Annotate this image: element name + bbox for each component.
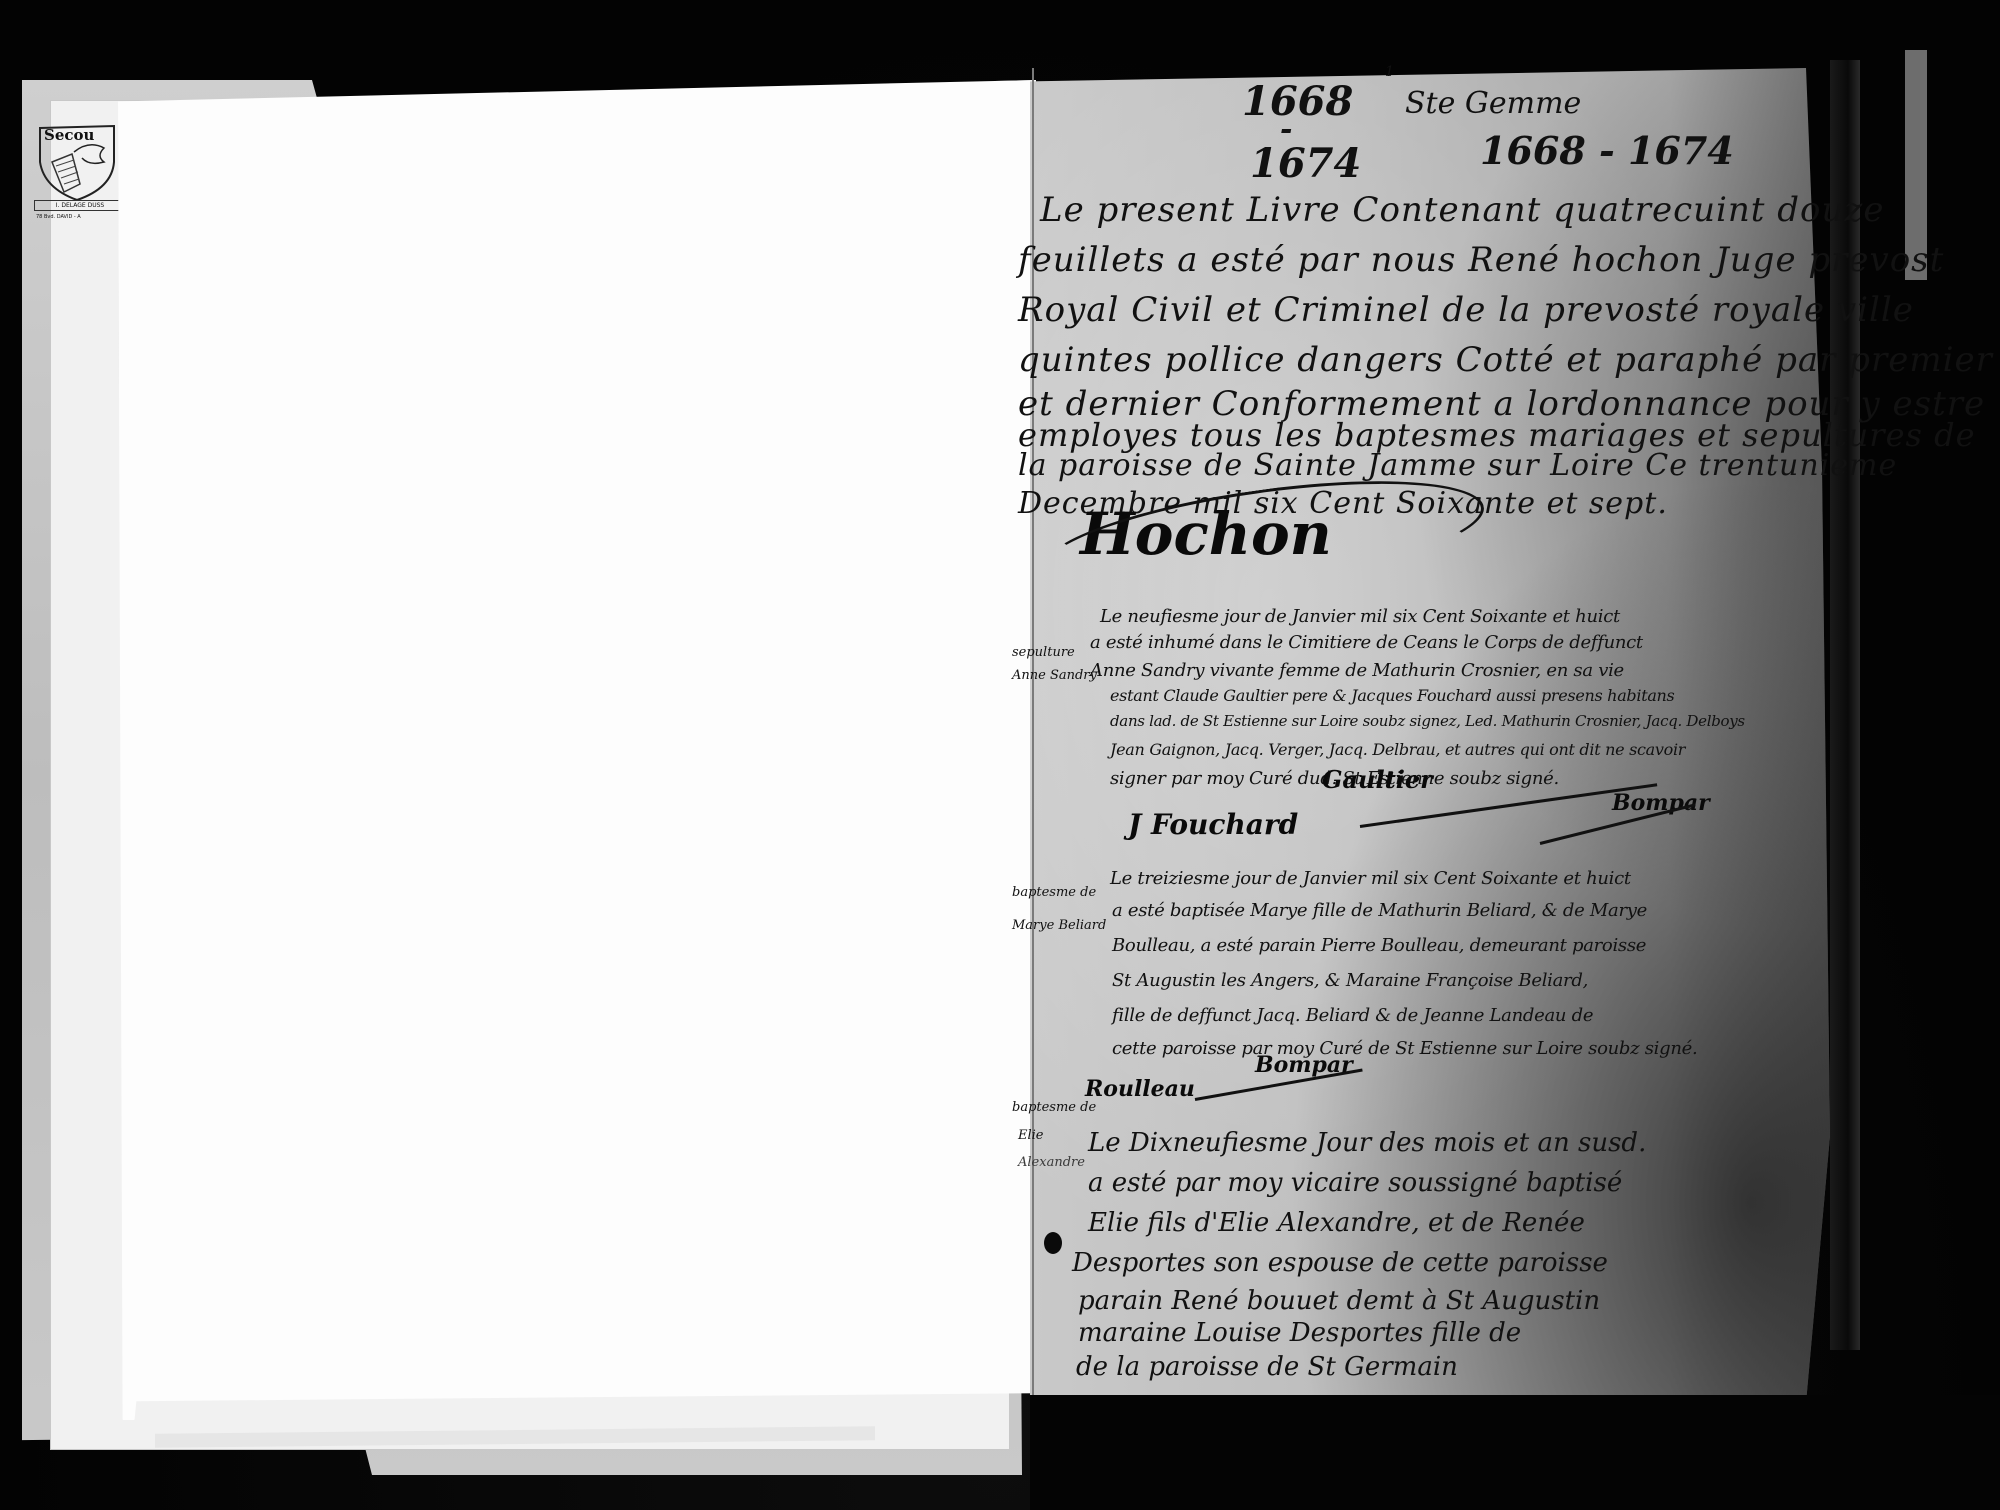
entry-line: St Augustin les Angers, & Maraine Franço… (1112, 970, 1588, 991)
binding-hole (1044, 1232, 1062, 1254)
preamble-line: Royal Civil et Criminel de la prevosté r… (1018, 290, 1914, 330)
margin-note: Anne Sandry (1012, 668, 1097, 683)
preamble-line: la paroisse de Sainte Jamme sur Loire Ce… (1018, 448, 1897, 483)
entry-line: Elie fils d'Elie Alexandre, et de Renée (1088, 1208, 1585, 1238)
margin-note: baptesme de (1012, 885, 1096, 900)
stamp-title: Secou (44, 126, 94, 144)
blank-insert-sheet (118, 80, 1036, 1420)
parish-label: Ste Gemme (1405, 86, 1581, 121)
signature: J Fouchard (1128, 808, 1298, 841)
signature: Gaultier (1322, 765, 1433, 794)
year-start: 1668 (1242, 78, 1353, 125)
preamble-line: quintes pollice dangers Cotté et paraphé… (1018, 340, 1993, 380)
entry-line: maraine Louise Desportes fille de (1078, 1318, 1521, 1348)
margin-note: Marye Beliard (1012, 918, 1106, 933)
entry-line: fille de deffunct Jacq. Beliard & de Jea… (1112, 1005, 1593, 1026)
entry-line: Boulleau, a esté parain Pierre Boulleau,… (1112, 935, 1646, 956)
entry-line: de la paroisse de St Germain (1076, 1352, 1458, 1382)
entry-line: Anne Sandry vivante femme de Mathurin Cr… (1090, 660, 1624, 681)
margin-note: sepulture (1012, 645, 1075, 660)
preamble-line: Le present Livre Contenant quatrecuint d… (1040, 190, 1884, 230)
folio-mark: 1 (1385, 64, 1394, 80)
margin-note: Alexandre (1018, 1155, 1085, 1170)
year-range-inline: 1668 - 1674 (1480, 128, 1734, 173)
entry-line: dans lad. de St Estienne sur Loire soubz… (1110, 712, 1745, 730)
year-end: 1674 (1250, 140, 1361, 187)
entry-line: a esté inhumé dans le Cimitiere de Ceans… (1090, 632, 1643, 653)
entry-line: cette paroisse par moy Curé de St Estien… (1112, 1038, 1697, 1059)
entry-line: Le neufiesme jour de Janvier mil six Cen… (1100, 606, 1620, 627)
preamble-line: feuillets a esté par nous René hochon Ju… (1018, 240, 1944, 280)
entry-line: parain René bouuet demt à St Augustin (1078, 1286, 1600, 1316)
stamp-subtitle: 78 Bvd. DAVID - A (36, 214, 81, 220)
entry-line: estant Claude Gaultier pere & Jacques Fo… (1110, 686, 1674, 705)
entry-line: Jean Gaignon, Jacq. Verger, Jacq. Delbra… (1110, 740, 1685, 759)
entry-line: a esté baptisée Marye fille de Mathurin … (1112, 900, 1647, 921)
entry-line: Le Dixneufiesme Jour des mois et an susd… (1088, 1128, 1646, 1158)
signature: Roulleau (1085, 1076, 1195, 1102)
lower-dark-area (1030, 1395, 2000, 1510)
margin-note: baptesme de (1012, 1100, 1096, 1115)
entry-line: a esté par moy vicaire soussigné baptisé (1088, 1168, 1622, 1198)
entry-line: Le treiziesme jour de Janvier mil six Ce… (1110, 868, 1631, 889)
margin-note: Elie (1018, 1128, 1044, 1143)
entry-line: Desportes son espouse de cette paroisse (1072, 1248, 1608, 1278)
stamp-banner: I. DELAGE DUSS (34, 200, 126, 211)
